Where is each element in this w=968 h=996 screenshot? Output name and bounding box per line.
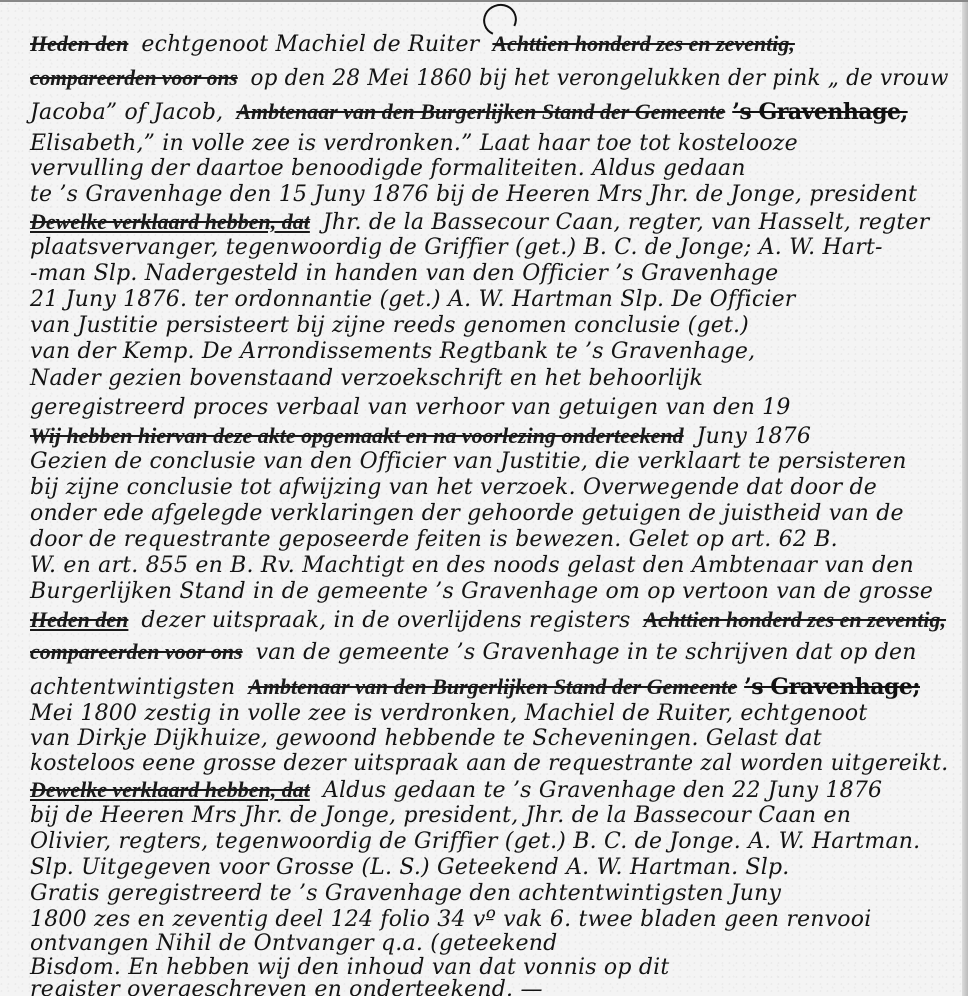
printed-form-text: Achttien honderd zes en zeventig, [492,31,795,56]
text-line-19: door de requestrante geposeerde feiten i… [30,526,944,554]
text-line-1: Heden den echtgenoot Machiel de Ruiter A… [30,30,944,59]
handwritten-text: te ’s Gravenhage den 15 Juny 1876 bij de… [30,182,917,207]
text-line-25: Mei 1800 zestig in volle zee is verdronk… [30,700,944,728]
text-line-31: Slp. Uitgegeven voor Grosse (L. S.) Gete… [30,854,944,882]
text-line-23: compareerden voor ons van de gemeente ’s… [30,638,944,667]
printed-form-text: Achttien honderd zes en zeventig, [643,607,946,632]
handwritten-text: onder ede afgelegde verklaringen der geh… [30,501,904,526]
handwritten-text: bij zijne conclusie tot afwijzing van he… [30,475,877,500]
handwritten-text: ontvangen Nihil de Ontvanger q.a. (getee… [30,931,557,956]
handwritten-text: plaatsvervanger, tegenwoordig de Griffie… [30,235,883,260]
handwritten-text: -man Slp. Nadergesteld in handen van den… [30,261,778,286]
handwritten-text: dezer uitspraak, in de overlijdens regis… [141,608,630,633]
text-line-20: W. en art. 855 en B. Rv. Machtigt en des… [30,552,944,580]
text-line-14: geregistreerd proces verbaal van verhoor… [30,394,944,422]
text-line-36: register overgeschreven en onderteekend.… [30,976,944,996]
printed-form-text: Heden den [30,31,128,56]
printed-form-text: Ambtenaar van den Burgerlijken Stand der… [236,99,725,124]
printed-form-text: Wij hebben hiervan deze akte opgemaakt e… [30,423,684,448]
printed-municipality: ’s Gravenhage, [732,99,907,125]
handwritten-text: echtgenoot Machiel de Ruiter [141,32,479,57]
handwritten-text: Jacoba” of Jacob, [30,100,223,125]
printed-form-text: compareerden voor ons [30,639,243,664]
text-line-27: kosteloos eene grosse dezer uitspraak aa… [30,750,933,778]
text-line-2: compareerden voor ons op den 28 Mei 1860… [30,64,923,93]
printed-form-text: Heden den [30,607,128,632]
text-line-17: bij zijne conclusie tot afwijzing van he… [30,474,944,502]
register-page: Heden den echtgenoot Machiel de Ruiter A… [0,0,968,996]
handwritten-text: Jhr. de la Bassecour Caan, regter, van H… [323,210,930,235]
printed-form-text: Ambtenaar van den Burgerlijken Stand der… [248,674,737,699]
handwritten-text: geregistreerd proces verbaal van verhoor… [30,395,791,420]
handwritten-text: 1800 zes en zeventig deel 124 folio 34 v… [30,907,871,932]
handwritten-text: 21 Juny 1876. ter ordonnantie (get.) A. … [30,287,796,312]
handwritten-text: Burgerlijken Stand in de gemeente ’s Gra… [30,579,933,604]
handwritten-text: Aldus gedaan te ’s Gravenhage den 22 Jun… [323,778,882,803]
handwritten-text: van de gemeente ’s Gravenhage in te schr… [256,640,917,665]
handwritten-text: door de requestrante geposeerde feiten i… [30,527,838,552]
handwritten-text: Mei 1800 zestig in volle zee is verdronk… [30,701,867,726]
handwritten-text: achtentwintigsten [30,675,235,700]
handwritten-text: vervulling der daartoe benoodigde formal… [30,156,746,181]
text-line-7: Dewelke verklaard hebben, dat Jhr. de la… [30,208,944,237]
handwritten-text: van Justitie persisteert bij zijne reeds… [30,313,749,338]
text-line-16: Gezien de conclusie van den Officier van… [30,448,944,476]
text-line-29: bij de Heeren Mrs Jhr. de Jonge, preside… [30,802,944,830]
text-line-12: van der Kemp. De Arrondissements Regtban… [30,338,944,366]
page-edge [962,2,968,996]
text-line-21: Burgerlijken Stand in de gemeente ’s Gra… [30,578,944,606]
text-line-26: van Dirkje Dijkhuize, gewoond hebbende t… [30,725,944,753]
text-line-15: Wij hebben hiervan deze akte opgemaakt e… [30,422,944,451]
handwritten-text: Elisabeth,” in volle zee is verdronken.”… [30,131,798,156]
text-line-30: Olivier, regters, tegenwoordig de Griffi… [30,828,944,856]
text-line-18: onder ede afgelegde verklaringen der geh… [30,500,944,528]
text-line-22: Heden den dezer uitspraak, in de overlij… [30,606,944,635]
printed-form-text: Dewelke verklaard hebben, dat [30,209,310,234]
text-line-11: van Justitie persisteert bij zijne reeds… [30,312,944,340]
handwritten-text: Gratis geregistreerd te ’s Gravenhage de… [30,881,781,906]
handwritten-text: register overgeschreven en onderteekend.… [30,977,543,996]
handwritten-text: Slp. Uitgegeven voor Grosse (L. S.) Gete… [30,855,789,880]
printed-municipality: ’s Gravenhage; [744,674,920,700]
text-line-5: vervulling der daartoe benoodigde formal… [30,155,944,183]
text-line-13: Nader gezien bovenstaand verzoekschrift … [30,365,944,393]
handwritten-text: van der Kemp. De Arrondissements Regtban… [30,339,755,364]
handwritten-text: op den 28 Mei 1860 bij het verongelukken… [250,66,948,91]
printed-form-text: Dewelke verklaard hebben, dat [30,777,310,802]
text-line-3: Jacoba” of Jacob, Ambtenaar van den Burg… [30,98,944,127]
handwritten-text: Juny 1876 [697,424,811,449]
handwritten-text: W. en art. 855 en B. Rv. Machtigt en des… [30,553,914,578]
printed-form-text: compareerden voor ons [30,65,238,90]
text-line-32: Gratis geregistreerd te ’s Gravenhage de… [30,880,944,908]
text-line-4: Elisabeth,” in volle zee is verdronken.”… [30,130,944,158]
text-line-10: 21 Juny 1876. ter ordonnantie (get.) A. … [30,286,944,314]
handwritten-text: Olivier, regters, tegenwoordig de Griffi… [30,829,920,854]
text-line-8: plaatsvervanger, tegenwoordig de Griffie… [30,234,944,262]
text-line-9: -man Slp. Nadergesteld in handen van den… [30,260,944,288]
handwritten-text: Nader gezien bovenstaand verzoekschrift … [30,366,703,391]
handwritten-text: van Dirkje Dijkhuize, gewoond hebbende t… [30,726,822,751]
handwritten-text: bij de Heeren Mrs Jhr. de Jonge, preside… [30,803,851,828]
text-line-28: Dewelke verklaard hebben, dat Aldus geda… [30,776,944,805]
handwritten-text: kosteloos eene grosse dezer uitspraak aa… [30,751,948,776]
text-line-24: achtentwintigsten Ambtenaar van den Burg… [30,673,944,702]
text-line-6: te ’s Gravenhage den 15 Juny 1876 bij de… [30,181,944,209]
handwritten-text: Gezien de conclusie van den Officier van… [30,449,907,474]
